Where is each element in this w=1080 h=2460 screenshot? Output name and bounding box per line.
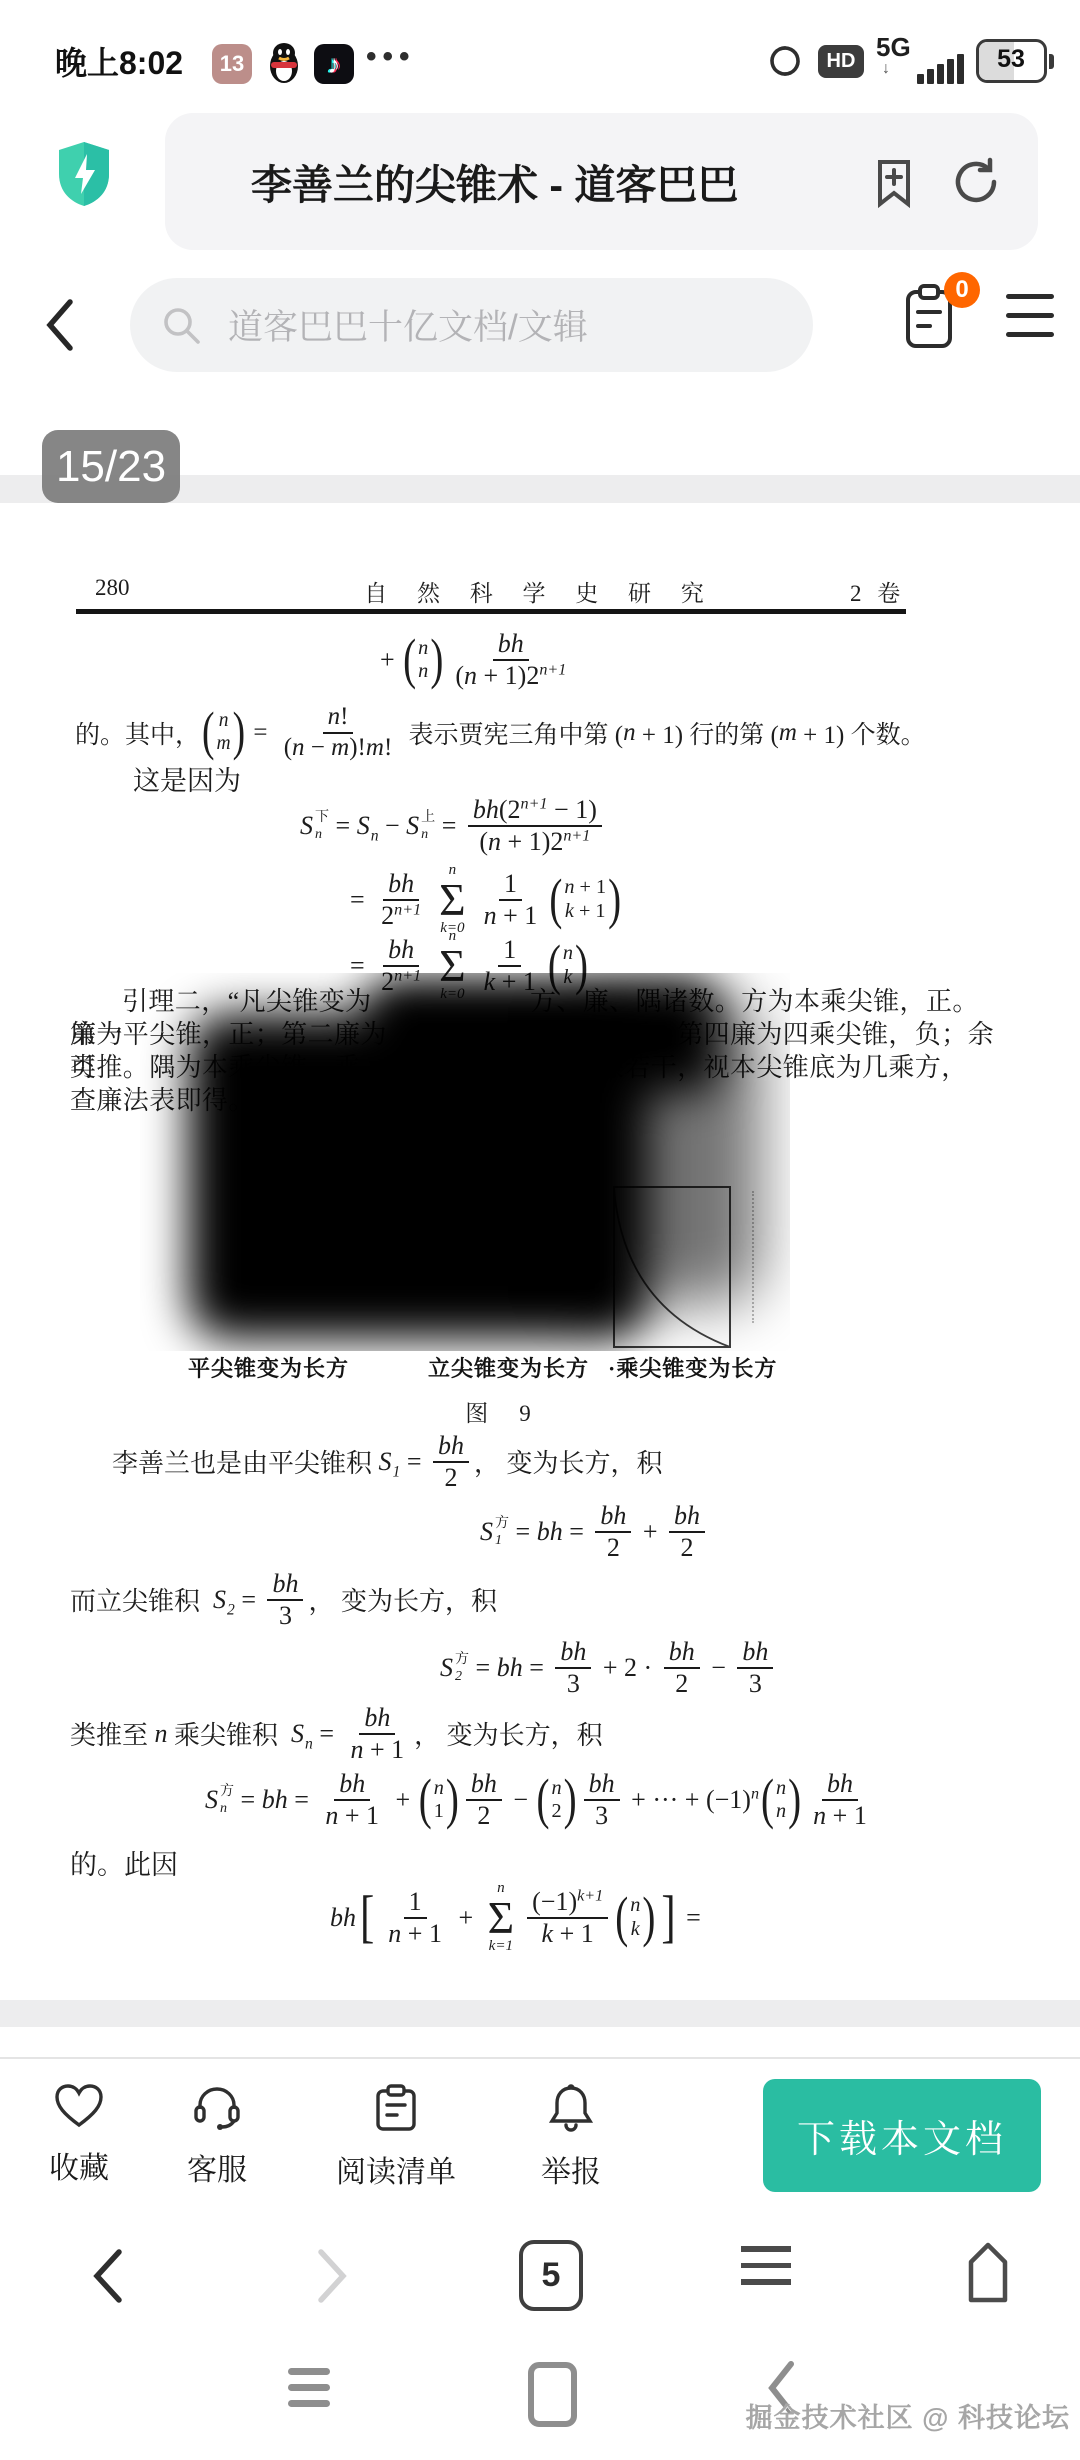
text-line-t3: 李善兰也是由平尖锥积 S1 = bh2， 变为长方，积 <box>112 1431 663 1493</box>
reading-list-button[interactable]: 阅读清单 <box>321 2083 471 2191</box>
back-icon[interactable] <box>40 296 80 354</box>
report-button[interactable]: 举报 <box>496 2083 646 2191</box>
paragraph-line: 查廉法表即得。方、廉、隅 ）） <box>70 1084 1000 1117</box>
doc-volume: 2 卷 <box>850 575 905 608</box>
text-line-t1: 的。其中，(nm) = n!(n − m)!m! 表示贾宪三角中第 (n + 1… <box>75 703 926 763</box>
nav-home-icon[interactable] <box>958 2238 1018 2308</box>
scanned-page: 280 自 然 科 学 史 研 究 2 卷 + (nn)bh(n + 1)2n+… <box>0 503 1080 2000</box>
headset-icon <box>192 2083 242 2131</box>
formula-f1: + (nn)bh(n + 1)2n+1 <box>380 629 576 691</box>
security-shield-icon[interactable] <box>55 140 113 208</box>
reading-list-label: 阅读清单 <box>336 2147 456 2191</box>
cone-diagram <box>612 1183 740 1351</box>
report-label: 举报 <box>541 2147 601 2191</box>
page-title: 李善兰的尖锥术 - 道客巴巴 <box>251 152 872 211</box>
data-arrow-icon: ↓ <box>882 60 890 78</box>
address-bar-row: 李善兰的尖锥术 - 道客巴巴 <box>0 90 1080 262</box>
menu-icon[interactable] <box>1006 294 1054 337</box>
paragraph-line: 类推。隅为本乘尖锥，乘 干廉，每廉若干，视本尖锥底为几乘方， <box>70 1051 1000 1084</box>
notification-app-icon-13: 13 <box>212 44 252 84</box>
network-type-label: 5G <box>876 32 911 63</box>
nav-menu-icon[interactable] <box>741 2246 791 2285</box>
reading-list-shortcut[interactable]: 0 <box>900 278 980 368</box>
text-line-t5: 类推至 n 乘尖锥积 Sn = bhn + 1， 变为长方，积 <box>70 1703 603 1765</box>
text-line-t4: 而立尖锥积 S2 = bh3， 变为长方，积 <box>70 1569 497 1631</box>
page-indicator-badge: 15/23 <box>42 430 180 503</box>
search-placeholder: 道客巴巴十亿文档/文辑 <box>228 300 588 350</box>
formula-f6: S方1 = bh = bh2 + bh2 <box>480 1501 710 1563</box>
heart-icon <box>54 2083 104 2129</box>
reading-list-icon <box>374 2083 418 2133</box>
text-line-t6: 的。此因 <box>70 1843 178 1882</box>
text-line-t2: 这是因为 <box>133 759 241 798</box>
bottom-toolbar: 收藏 客服 阅读清单 举报 下载本文档 <box>0 2057 1080 2222</box>
customer-service-button[interactable]: 客服 <box>142 2083 292 2189</box>
watermark: 掘金技术社区 @ 科技论坛 <box>746 2396 1070 2435</box>
document-viewer[interactable]: 15/23 280 自 然 科 学 史 研 究 2 卷 + (nn)bh(n +… <box>0 390 1080 2055</box>
tab-count: 5 <box>542 2256 561 2295</box>
dotted-guide-line <box>752 1191 754 1323</box>
system-menu-icon[interactable] <box>288 2368 330 2407</box>
favorite-button[interactable]: 收藏 <box>4 2083 154 2187</box>
battery-percent: 53 <box>976 45 1046 74</box>
qq-icon <box>264 40 304 86</box>
formula-f8: S方n = bh = bhn + 1 + (n1)bh2 − (n2)bh3 +… <box>205 1769 877 1831</box>
figure-caption: ·乘尖锥变为长方 <box>608 1352 777 1383</box>
page-separator <box>0 2000 1080 2027</box>
app-icon-13-label: 13 <box>220 51 244 77</box>
figure-caption: 平尖锥变为长方 <box>188 1352 349 1383</box>
status-right-cluster: HD 5G ↓ 53 <box>764 36 1054 86</box>
browser-nav-bar: 5 <box>0 2220 1080 2332</box>
signal-indicator: 5G ↓ <box>876 36 964 86</box>
figure-caption: 立尖锥变为长方 <box>428 1352 589 1383</box>
nav-back-icon[interactable] <box>88 2246 128 2306</box>
douyin-icon: ♪ <box>314 44 354 84</box>
figure-label: 图 9 <box>400 1395 600 1428</box>
system-nav-bar: 掘金技术社区 @ 科技论坛 <box>0 2332 1080 2460</box>
status-more-dots: ••• <box>366 40 416 74</box>
search-row: 道客巴巴十亿文档/文辑 0 <box>0 260 1080 392</box>
signal-bars-icon <box>917 54 964 84</box>
formula-f4: = bh2n+1nΣk=01n + 1(n + 1k + 1) <box>350 863 623 936</box>
address-pill[interactable]: 李善兰的尖锥术 - 道客巴巴 <box>165 113 1038 250</box>
formula-f7: S方2 = bh = bh3 + 2 · bh2 − bh3 <box>440 1637 778 1699</box>
bookmark-add-icon[interactable] <box>872 154 916 210</box>
volte-spiral-icon <box>764 41 806 81</box>
favorite-label: 收藏 <box>49 2143 109 2187</box>
clipboard-badge: 0 <box>944 272 980 308</box>
bell-icon <box>548 2083 594 2133</box>
formula-f9: bh[1n + 1 + nΣk=1(−1)k+1k + 1(nk)] = <box>330 1881 701 1954</box>
formula-f3: S下n = Sn − S上n = bh(2n+1 − 1)(n + 1)2n+1 <box>300 795 607 857</box>
hd-badge: HD <box>818 45 864 78</box>
search-input[interactable]: 道客巴巴十亿文档/文辑 <box>130 278 813 372</box>
refresh-icon[interactable] <box>950 156 1002 208</box>
tab-count-button[interactable]: 5 <box>519 2240 583 2311</box>
nav-forward-icon[interactable] <box>312 2246 352 2306</box>
customer-service-label: 客服 <box>187 2145 247 2189</box>
doc-journal-title: 自 然 科 学 史 研 究 <box>300 575 780 608</box>
search-icon <box>160 304 202 346</box>
header-rule <box>76 609 906 614</box>
clock: 晚上8:02 <box>55 38 183 84</box>
download-document-button[interactable]: 下载本文档 <box>763 2079 1041 2192</box>
system-home-icon[interactable] <box>528 2362 577 2427</box>
status-bar: 晚上8:02 13 ♪ ••• HD 5G ↓ <box>0 0 1080 90</box>
battery-indicator: 53 <box>976 41 1054 81</box>
doc-page-number: 280 <box>95 575 130 601</box>
